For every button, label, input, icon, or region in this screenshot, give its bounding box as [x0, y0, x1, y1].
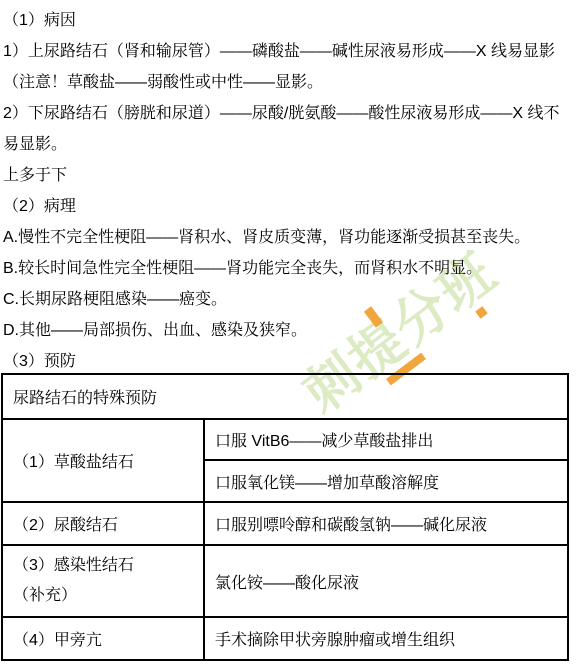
table-row-title: 尿路结石的特殊预防 — [2, 374, 568, 419]
text-line-upper-stones: 1）上尿路结石（肾和输尿管）——磷酸盐——碱性尿液易形成——X 线易显影 — [3, 36, 559, 67]
table-row: （3）感染性结石 （补充） 氯化铵——酸化尿液 — [2, 545, 568, 617]
document-body: （1）病因 1）上尿路结石（肾和输尿管）——磷酸盐——碱性尿液易形成——X 线易… — [3, 5, 559, 377]
text-line-upper-vs-lower: 上多于下 — [3, 160, 559, 191]
text-line-pathology-c: C.长期尿路梗阻感染——癌变。 — [3, 284, 559, 315]
stone-type-cell: （3）感染性结石 （补充） — [2, 545, 204, 617]
text-line-pathology-a: A.慢性不完全性梗阻——肾积水、肾皮质变薄，肾功能逐渐受损甚至丧失。 — [3, 222, 559, 253]
measure-cell: 口服 VitB6——减少草酸盐排出 — [204, 419, 568, 460]
document-page: 刺提分班 （1）病因 1）上尿路结石（肾和输尿管）——磷酸盐——碱性尿液易形成—… — [0, 0, 579, 665]
text-line-lower-stones: 2）下尿路结石（膀胱和尿道）——尿酸/胱氨酸——酸性尿液易形成——X 线不 — [3, 98, 559, 129]
text-line-note-oxalate: （注意！草酸盐——弱酸性或中性——显影。 — [3, 67, 559, 98]
stone-type-cell: （1）草酸盐结石 — [2, 419, 204, 502]
heading-etiology: （1）病因 — [3, 5, 559, 36]
heading-pathology: （2）病理 — [3, 191, 559, 222]
text-line-pathology-b: B.较长时间急性完全性梗阻——肾功能完全丧失，而肾积水不明显。 — [3, 253, 559, 284]
table-row: （4）甲旁亢 手术摘除甲状旁腺肿瘤或增生组织 — [2, 617, 568, 660]
table-row: （2）尿酸结石 口服别嘌呤醇和碳酸氢钠——碱化尿液 — [2, 502, 568, 545]
measure-cell: 氯化铵——酸化尿液 — [204, 545, 568, 617]
measure-cell: 口服别嘌呤醇和碳酸氢钠——碱化尿液 — [204, 502, 568, 545]
stone-type-cell: （4）甲旁亢 — [2, 617, 204, 660]
prevention-table: 尿路结石的特殊预防 （1）草酸盐结石 口服 VitB6——减少草酸盐排出 口服氧… — [1, 373, 569, 661]
measure-cell: 口服氧化镁——增加草酸溶解度 — [204, 460, 568, 502]
table-row: （1）草酸盐结石 口服 VitB6——减少草酸盐排出 — [2, 419, 568, 460]
stone-type-note: （补充） — [13, 581, 199, 611]
measure-cell: 手术摘除甲状旁腺肿瘤或增生组织 — [204, 617, 568, 660]
text-line-wrap: 易显影。 — [3, 129, 559, 160]
stone-type-line: （3）感染性结石 — [13, 551, 199, 581]
stone-type-cell: （2）尿酸结石 — [2, 502, 204, 545]
text-line-pathology-d: D.其他——局部损伤、出血、感染及狭窄。 — [3, 315, 559, 346]
table-title-cell: 尿路结石的特殊预防 — [2, 374, 568, 419]
